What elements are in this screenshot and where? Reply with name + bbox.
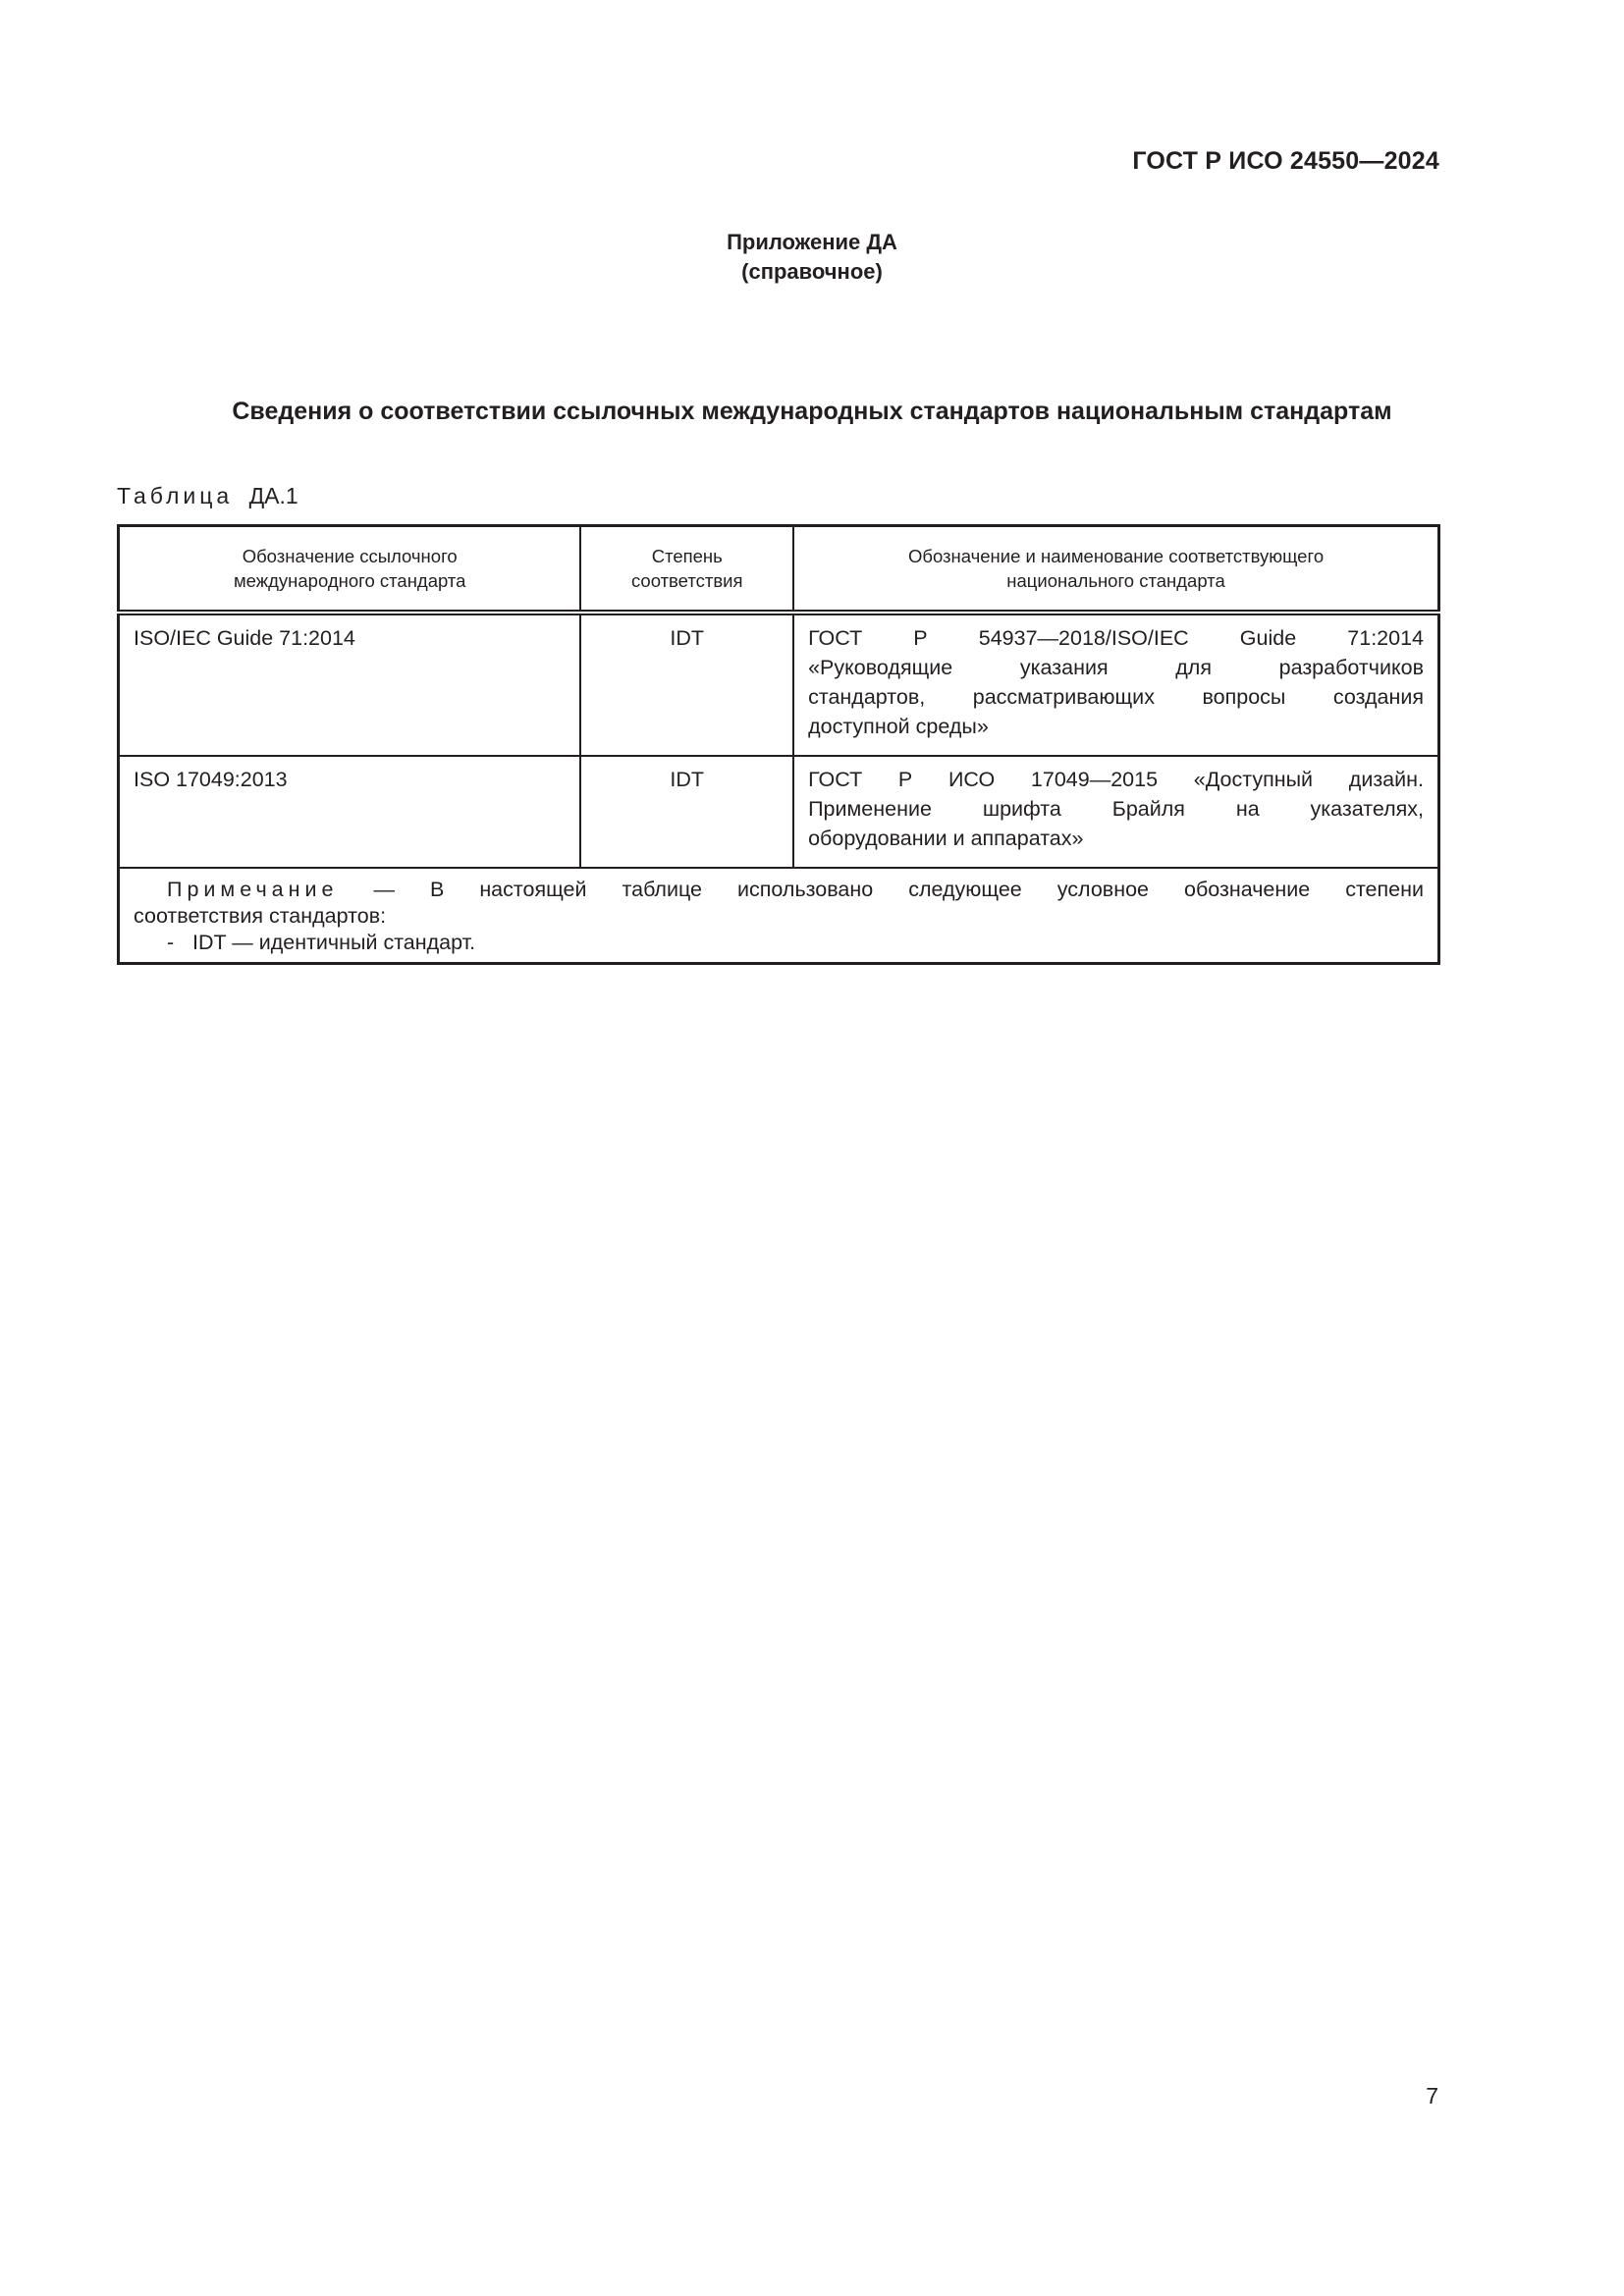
table-caption-number: ДА.1 [249, 483, 298, 508]
table-note: Примечание — В настоящей таблице использ… [119, 868, 1439, 964]
column-header-reference: Обозначение ссылочного международного ст… [119, 526, 581, 614]
document-code: ГОСТ Р ИСО 24550—2024 [1132, 147, 1439, 176]
header-line: международного стандарта [130, 568, 569, 593]
note-first-line: Примечание — В настоящей таблице использ… [134, 877, 1424, 903]
correspondence-table: Обозначение ссылочного международного ст… [117, 524, 1440, 965]
text-line: ГОСТ Р ИСО 17049—2015 «Доступный дизайн. [808, 765, 1424, 794]
bullet-text: IDT — идентичный стандарт. [192, 931, 475, 954]
note-label: Примечание [167, 878, 338, 901]
table-row: ISO/IEC Guide 71:2014 IDT ГОСТ Р 54937—2… [119, 613, 1439, 756]
reference-standard-cell: ISO/IEC Guide 71:2014 [119, 613, 581, 756]
table-row: ISO 17049:2013 IDT ГОСТ Р ИСО 17049—2015… [119, 756, 1439, 868]
header-line: Обозначение и наименование соответствующ… [804, 544, 1428, 568]
note-text: — В настоящей таблице использовано следу… [338, 878, 1424, 901]
appendix-subtitle: (справочное) [0, 257, 1624, 287]
header-line: национального стандарта [804, 568, 1428, 593]
text-line: стандартов, рассматривающих вопросы созд… [808, 682, 1424, 712]
national-standard-cell: ГОСТ Р 54937—2018/ISO/IEC Guide 71:2014 … [793, 613, 1438, 756]
degree-cell: IDT [580, 613, 793, 756]
note-bullet: -IDT — идентичный стандарт. [134, 930, 1424, 956]
page-number: 7 [1426, 2083, 1438, 2109]
national-standard-cell: ГОСТ Р ИСО 17049—2015 «Доступный дизайн.… [793, 756, 1438, 868]
degree-cell: IDT [580, 756, 793, 868]
table-caption-label: Таблица [117, 483, 233, 508]
table-note-row: Примечание — В настоящей таблице использ… [119, 868, 1439, 964]
header-line: Степень [591, 544, 783, 568]
header-line: соответствия [591, 568, 783, 593]
column-header-national: Обозначение и наименование соответствующ… [793, 526, 1438, 614]
table-caption: Таблица ДА.1 [117, 483, 298, 509]
text-line: доступной среды» [808, 712, 1424, 741]
header-line: Обозначение ссылочного [130, 544, 569, 568]
text-line: ГОСТ Р 54937—2018/ISO/IEC Guide 71:2014 [808, 623, 1424, 653]
note-second-line: соответствия стандартов: [134, 903, 1424, 930]
column-header-degree: Степень соответствия [580, 526, 793, 614]
bullet-marker: - [167, 930, 192, 956]
text-line: оборудовании и аппаратах» [808, 824, 1424, 853]
text-line: «Руководящие указания для разработчиков [808, 653, 1424, 682]
appendix-title: Приложение ДА [0, 228, 1624, 257]
text-line: Применение шрифта Брайля на указателях, [808, 794, 1424, 824]
table-header-row: Обозначение ссылочного международного ст… [119, 526, 1439, 614]
appendix-heading: Приложение ДА (справочное) [0, 228, 1624, 287]
section-title: Сведения о соответствии ссылочных междун… [0, 398, 1624, 426]
reference-standard-cell: ISO 17049:2013 [119, 756, 581, 868]
